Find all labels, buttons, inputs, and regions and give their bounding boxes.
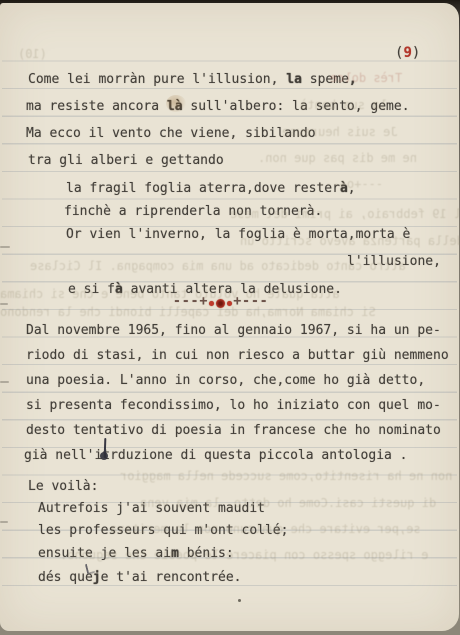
bleed-through-text: altro canto dedicato ad una mia compagna… xyxy=(30,260,406,273)
scanned-page-background: { "page": { "kind": "typewritten-manuscr… xyxy=(0,0,460,635)
paper-speck xyxy=(0,381,9,383)
bleed-through-text: e rileggo spesso con piacere le poesie c… xyxy=(60,549,428,562)
handwritten-pen-mark xyxy=(100,452,108,460)
typed-line: Come lei morràn pure l'illusion, la spem… xyxy=(28,73,357,87)
typed-text: una poesia. L'anno in corso, che,come ho… xyxy=(26,373,425,388)
bleed-through-text: di questi casi.Come ho detto, la mia ven… xyxy=(140,497,436,510)
bleed-through-text: non ne ha risentito,come succede nella m… xyxy=(120,470,452,483)
typed-line: Ma ecco il vento che viene, sibilando xyxy=(26,127,316,141)
bleed-through-text: se,per evitare che qualcuno non lo merit… xyxy=(110,523,421,536)
typed-line: dés queje t'ai rencontrée. xyxy=(38,571,242,585)
bleed-through-text: Si chiama Norma,ha dei capelli biondi ch… xyxy=(0,306,376,319)
typed-line: la fragil foglia aterra,dove resterà, xyxy=(66,182,356,196)
bleed-through-text: Je suis heureuse xyxy=(282,126,398,139)
overstruck-text: la xyxy=(286,72,302,87)
typed-line: si presenta fecondissimo, lo ho iniziato… xyxy=(26,399,441,413)
typed-text: desto tentativo di poesia in francese ch… xyxy=(26,423,441,438)
paper-speck xyxy=(0,521,8,523)
page-number-digit: 9 xyxy=(403,45,411,61)
typed-text: Dal novembre 1965, fino al gennaio 1967,… xyxy=(26,323,441,338)
typed-text: riodo di stasi, in cui non riesco a butt… xyxy=(26,348,449,363)
typed-text: si presenta fecondissimo, lo ho iniziato… xyxy=(26,398,441,413)
bleed-through-text: della partenza avevo scritto un xyxy=(240,235,460,248)
paper-speck xyxy=(0,246,10,248)
typed-line: tra gli alberi e gettando xyxy=(28,154,224,168)
typed-text: Ma ecco il vento che viene, sibilando xyxy=(26,126,316,141)
typed-text: dés que xyxy=(38,570,93,585)
paper-stain xyxy=(166,95,186,112)
typed-text: e t'ai rencontrée. xyxy=(101,570,242,585)
handwritten-pen-mark xyxy=(85,562,95,575)
typed-line: già nell'itrduzione di questa piccola an… xyxy=(24,449,408,463)
paper-speck xyxy=(0,303,8,305)
typed-text: ma resiste ancora xyxy=(26,99,167,114)
typed-text: Come lei morràn pure l'illusion, xyxy=(28,72,286,87)
typed-line: Le voilà: xyxy=(28,480,98,494)
typed-text: già nell'itrduzione di questa piccola an… xyxy=(24,448,408,463)
typed-text: tra gli alberi e gettando xyxy=(28,153,224,168)
bleed-through-text: ---+o+--- xyxy=(318,178,383,191)
typed-line: riodo di stasi, in cui non riesco a butt… xyxy=(26,349,449,363)
typed-text: ) xyxy=(412,45,420,61)
bleed-through-text: Très dolce xyxy=(330,72,402,85)
bleed-through-text: la sua bontà xyxy=(300,99,387,112)
typed-line: una poesia. L'anno in corso, che,come ho… xyxy=(26,374,425,388)
bleed-through-text: (10) xyxy=(18,48,47,61)
page-number: (9) xyxy=(395,46,420,60)
typed-text: la fragil foglia aterra,dove rester xyxy=(66,181,340,196)
typed-line: desto tentativo di poesia in francese ch… xyxy=(26,424,441,438)
bleed-through-text: ne me dis pas que non. xyxy=(258,152,417,165)
typed-line: Dal novembre 1965, fino al gennaio 1967,… xyxy=(26,324,441,338)
bleed-through-text: Il 19 febbraio, ai primi del mese xyxy=(230,208,460,221)
bleed-through-text: alla quale ho voluto tanto bene e che si… xyxy=(0,288,340,301)
typed-content-layer: (9)Come lei morràn pure l'illusion, la s… xyxy=(0,0,460,635)
typed-text: Le voilà: xyxy=(28,479,98,494)
paper-speck xyxy=(238,599,241,602)
